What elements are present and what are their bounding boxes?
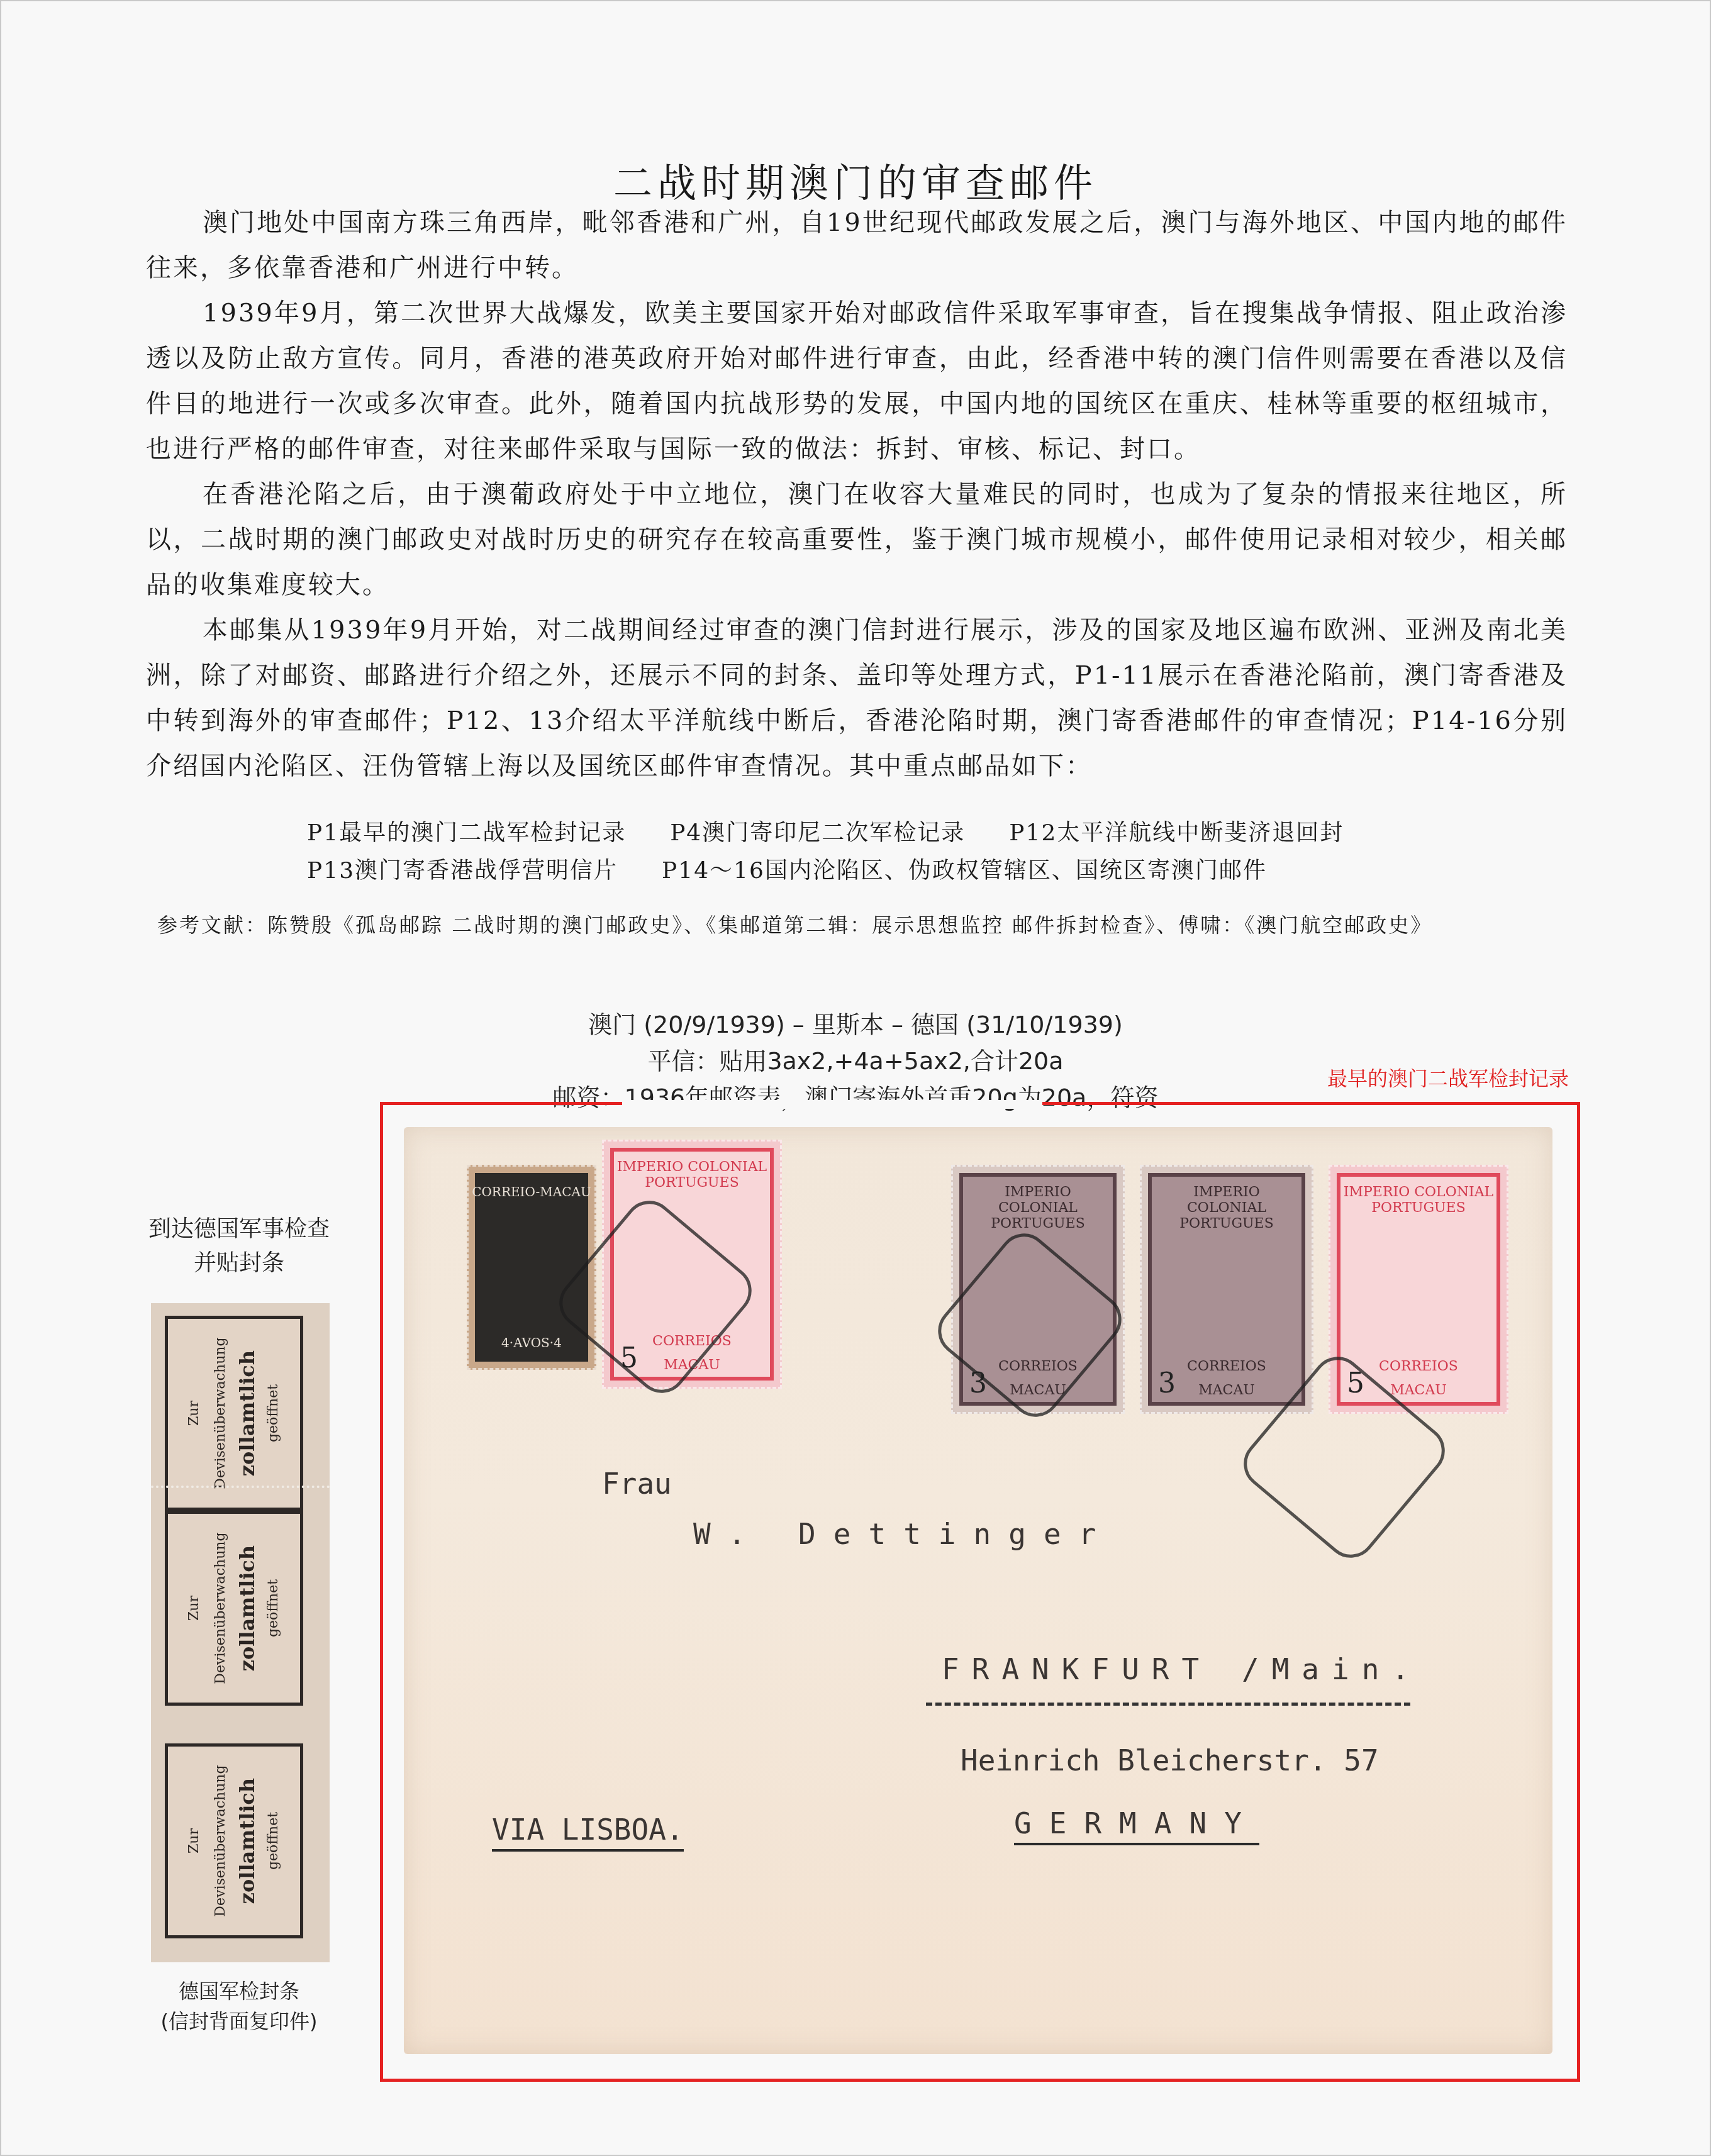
censor-label: Zur Devisenüberwachung zollamtlich geöff… [165,1316,303,1511]
intro-paragraph: 澳门地处中国南方珠三角西岸，毗邻香港和广州，自19世纪现代邮政发展之后，澳门与海… [146,200,1568,291]
highlight-item: P13澳门寄香港战俘营明信片 [307,852,618,890]
address-city: FRANKFURT /Main. [942,1652,1422,1686]
perforation [151,1486,330,1488]
highlight-item: P12太平洋航线中断斐济退回封 [1009,814,1344,852]
references: 参考文献：陈赞殷《孤岛邮踪 二战时期的澳门邮政史》、《集邮道第二辑：展示思想监控… [157,909,1579,938]
censor-label: Zur Devisenüberwachung zollamtlich geöff… [165,1743,303,1938]
highlight-item: P14～16国内沦陷区、伪政权管辖区、国统区寄澳门邮件 [662,852,1267,890]
address-street: Heinrich Bleicherstr. 57 [961,1743,1379,1777]
stamp-4-avos: CORREIO-MACAU 4·AVOS·4 [467,1165,596,1370]
address-salutation: Frau [602,1467,672,1501]
address-country: GERMANY [1014,1806,1259,1845]
censor-label: Zur Devisenüberwachung zollamtlich geöff… [165,1511,303,1706]
dashed-rule [926,1703,1410,1706]
intro-paragraph: 在香港沦陷之后，由于澳葡政府处于中立地位，澳门在收容大量难民的同时，也成为了复杂… [146,472,1568,608]
highlight-list: P1最早的澳门二战军检封记录 P4澳门寄印尼二次军检记录 P12太平洋航线中断斐… [307,814,1502,890]
highlight-item: P4澳门寄印尼二次军检记录 [670,814,965,852]
route-caption: 澳门 (20/9/1939) – 里斯本 – 德国 (31/10/1939) [0,1005,1711,1040]
routing-instruction: VIA LISBOA. [492,1813,684,1852]
intro-text: 澳门地处中国南方珠三角西岸，毗邻香港和广州，自19世纪现代邮政发展之后，澳门与海… [146,200,1568,789]
intro-paragraph: 本邮集从1939年9月开始，对二战期间经过审查的澳门信封进行展示，涉及的国家及地… [146,608,1568,789]
censor-strip-caption: 德国军检封条 (信封背面复印件) [113,1976,365,2037]
censor-strip-title: 到达德国军事检查 并贴封条 [113,1213,365,1281]
censor-strip-image: Zur Devisenüberwachung zollamtlich geöff… [151,1303,330,1962]
stamp-3-avos: IMPERIO COLONIAL PORTUGUES CORREIOS MACA… [1140,1165,1313,1414]
highlight-item: P1最早的澳门二战军检封记录 [307,814,626,852]
highlight-badge: 最早的澳门二战军检封记录 [1327,1063,1569,1092]
address-name: W. Dettinger [693,1517,1113,1551]
envelope-image: CORREIO-MACAU 4·AVOS·4 IMPERIO COLONIAL … [404,1127,1552,2054]
intro-paragraph: 1939年9月，第二次世界大战爆发，欧美主要国家开始对邮政信件采取军事审查，旨在… [146,291,1568,472]
